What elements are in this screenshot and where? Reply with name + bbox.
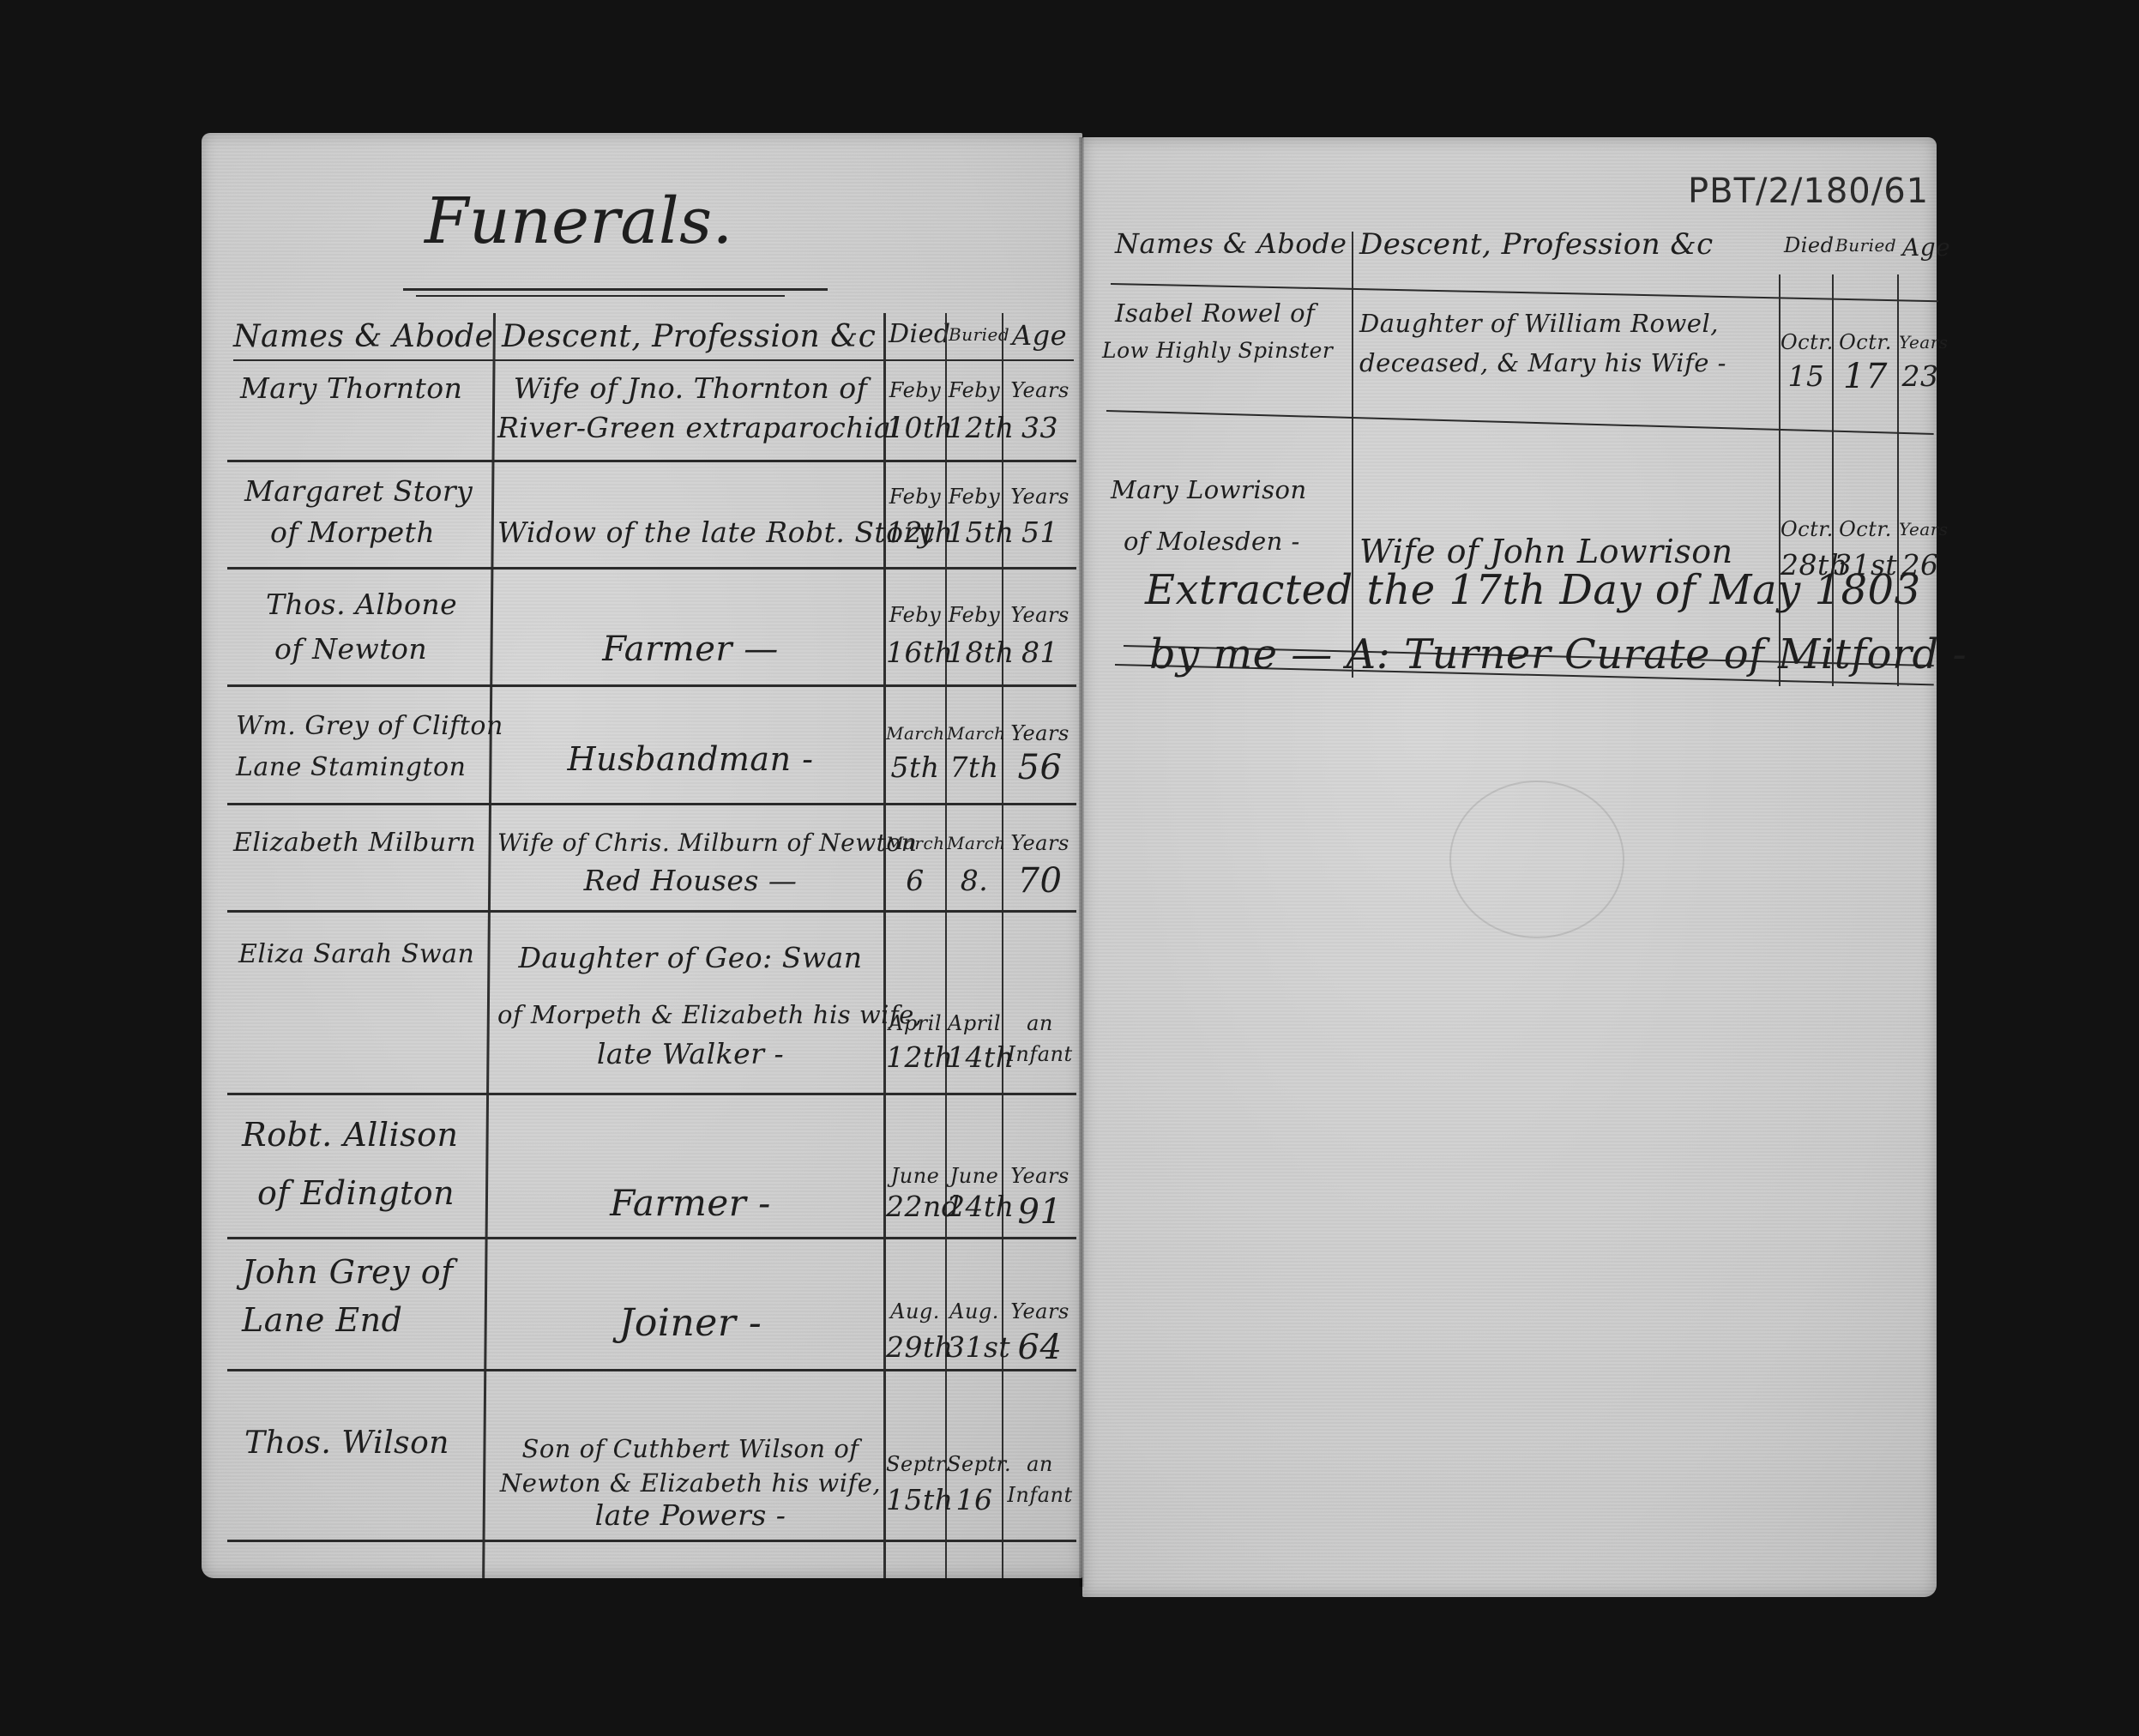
entry-died-month: April — [886, 1009, 944, 1038]
entry-buried-day: 8. — [947, 861, 1002, 901]
entry-age-label: an — [1003, 1450, 1076, 1479]
header-names-abode: Names & Abode — [1115, 227, 1347, 260]
entry-died-day: 15 — [1780, 357, 1832, 396]
entry-name: Margaret Story — [244, 472, 473, 511]
entry-age-value: 56 — [1003, 748, 1076, 787]
entry-name: Isabel Rowel of — [1115, 293, 1315, 333]
entry-died-day: 10th — [886, 408, 944, 448]
entry-died-day: 6 — [886, 861, 944, 901]
entry-name: Robt. Allison — [242, 1115, 459, 1154]
entry-died-month: June — [886, 1161, 944, 1190]
entry-age-label: an — [1003, 1009, 1076, 1038]
title-underline — [403, 288, 828, 291]
entry-abode: Lane Stamington — [236, 748, 466, 787]
entry-abode: of Molesden - — [1124, 521, 1300, 561]
entry-died-month: Octr. — [1780, 328, 1832, 357]
page-fold — [1079, 137, 1084, 1587]
entry-died-month: Aug. — [886, 1297, 944, 1326]
entry-descent: Red Houses — — [497, 861, 883, 901]
entry-descent: Wife of Chris. Milburn of Newton — [497, 823, 883, 863]
entry-descent: Widow of the late Robt. Story — [497, 513, 883, 552]
entry-died-day: 12th — [886, 1038, 944, 1077]
header-died: Died — [889, 319, 951, 349]
header-underline — [233, 359, 1074, 361]
entry-descent: Joiner - — [497, 1304, 883, 1343]
page-title: Funerals. — [425, 184, 733, 258]
entry-name: Thos. Albone — [266, 585, 457, 624]
entry-age-value: 51 — [1003, 513, 1076, 552]
entry-died-month: March — [886, 829, 944, 858]
entry-buried-day: 18th — [947, 633, 1002, 672]
entry-descent: late Powers - — [497, 1496, 883, 1535]
entry-age-value: 70 — [1003, 861, 1076, 901]
entry-name: Wm. Grey of Clifton — [236, 707, 503, 746]
entry-name: Mary Thornton — [240, 369, 462, 408]
entry-died-day: 5th — [886, 748, 944, 787]
entry-descent: late Walker - — [497, 1034, 883, 1074]
entry-age-label: Years — [1003, 829, 1076, 858]
entry-age-value: 91 — [1003, 1192, 1076, 1232]
entry-died-month: Feby — [886, 376, 944, 405]
entry-descent: River-Green extraparochial — [497, 408, 883, 448]
header-buried: Buried — [949, 324, 1009, 345]
entry-age-label: Years — [1003, 482, 1076, 511]
entry-abode: of Morpeth — [270, 513, 435, 552]
entry-died-day: 22nd — [886, 1187, 944, 1227]
entry-died-month: Feby — [886, 600, 944, 630]
entry-buried-day: 15th — [947, 513, 1002, 552]
entry-died-day: 15th — [886, 1480, 944, 1520]
entry-name: Eliza Sarah Swan — [238, 935, 474, 974]
entry-age-value: 23 — [1899, 357, 1942, 396]
entry-name: John Grey of — [242, 1252, 454, 1292]
row-divider — [227, 460, 1076, 462]
entry-descent: of Morpeth & Elizabeth his wife, — [497, 995, 883, 1034]
row-divider — [227, 1369, 1076, 1371]
entry-died-month: Septr. — [886, 1450, 944, 1479]
entry-descent: Husbandman - — [497, 739, 883, 779]
entry-age-value: 33 — [1003, 408, 1076, 448]
entry-buried-month: June — [947, 1161, 1002, 1190]
entry-died-month: Octr. — [1780, 515, 1832, 544]
entry-buried-month: Aug. — [947, 1297, 1002, 1326]
header-died: Died — [1784, 233, 1834, 257]
entry-buried-month: Feby — [947, 482, 1002, 511]
entry-descent: Farmer — — [497, 630, 883, 669]
entry-name: Thos. Wilson — [244, 1424, 449, 1463]
entry-age-label: Years — [1003, 376, 1076, 405]
entry-descent: Wife of Jno. Thornton of — [497, 369, 883, 408]
entry-buried-day: 17 — [1834, 357, 1897, 396]
entry-died-month: Feby — [886, 482, 944, 511]
entry-buried-day: 14th — [947, 1038, 1002, 1077]
entry-buried-day: 7th — [947, 748, 1002, 787]
entry-buried-month: Feby — [947, 376, 1002, 405]
entry-age-label: Years — [1003, 1297, 1076, 1326]
entry-abode: of Edington — [257, 1173, 455, 1213]
entry-died-day: 12th — [886, 513, 944, 552]
row-divider — [227, 1093, 1076, 1095]
entry-age-value: Infant — [1003, 1040, 1076, 1069]
entry-descent: Daughter of Geo: Swan — [497, 938, 883, 978]
entry-descent: Daughter of William Rowel, — [1359, 304, 1719, 343]
entry-age-label: Years — [1003, 719, 1076, 748]
entry-buried-day: 16 — [947, 1480, 1002, 1520]
entry-buried-month: March — [947, 719, 1002, 748]
entry-buried-day: 31st — [947, 1328, 1002, 1367]
attestation-line-2: by me — A: Turner Curate of Mitford - — [1149, 630, 1967, 678]
table-bottom-line — [227, 1540, 1076, 1542]
row-divider — [227, 910, 1076, 913]
row-divider — [227, 1237, 1076, 1239]
entry-age-value: 81 — [1003, 633, 1076, 672]
entry-buried-month: Septr. — [947, 1450, 1002, 1479]
entry-age-label: Years — [1003, 600, 1076, 630]
row-divider — [227, 803, 1076, 805]
row-divider — [227, 684, 1076, 687]
entry-died-day: 29th — [886, 1328, 944, 1367]
entry-age-label: Years — [1899, 515, 1942, 544]
entry-age-value: Infant — [1003, 1480, 1076, 1510]
header-descent-profession: Descent, Profession &c — [1359, 227, 1714, 262]
entry-abode: Low Highly Spinster — [1102, 331, 1333, 371]
entry-buried-month: March — [947, 829, 1002, 858]
entry-died-month: March — [886, 719, 944, 748]
entry-age-value: 64 — [1003, 1328, 1076, 1367]
header-buried: Buried — [1835, 235, 1896, 256]
entry-descent: deceased, & Mary his Wife - — [1359, 343, 1726, 383]
entry-name: Elizabeth Milburn — [233, 823, 476, 863]
entry-abode: Lane End — [242, 1300, 402, 1340]
entry-age-label: Years — [1899, 328, 1942, 357]
entry-buried-month: Octr. — [1834, 328, 1897, 357]
entry-buried-day: 24th — [947, 1187, 1002, 1227]
entry-age-label: Years — [1003, 1161, 1076, 1190]
header-age: Age — [1012, 319, 1067, 352]
entry-descent: Farmer - — [497, 1184, 883, 1223]
entry-buried-day: 12th — [947, 408, 1002, 448]
archive-reference: PBT/2/180/61 — [1688, 172, 1929, 211]
title-underline-2 — [416, 295, 785, 297]
row-divider — [227, 567, 1076, 570]
entry-abode: of Newton — [274, 630, 427, 669]
attestation-line-1: Extracted the 17th Day of May 1803 — [1145, 566, 1921, 614]
entry-buried-month: April — [947, 1009, 1002, 1038]
entry-buried-month: Octr. — [1834, 515, 1897, 544]
header-age: Age — [1902, 233, 1950, 262]
entry-name: Mary Lowrison — [1111, 470, 1307, 509]
entry-buried-month: Feby — [947, 600, 1002, 630]
entry-died-day: 16th — [886, 633, 944, 672]
faint-stamp — [1449, 781, 1624, 938]
header-names-abode: Names & Abode — [233, 319, 493, 354]
header-descent-profession: Descent, Profession &c — [502, 319, 876, 354]
